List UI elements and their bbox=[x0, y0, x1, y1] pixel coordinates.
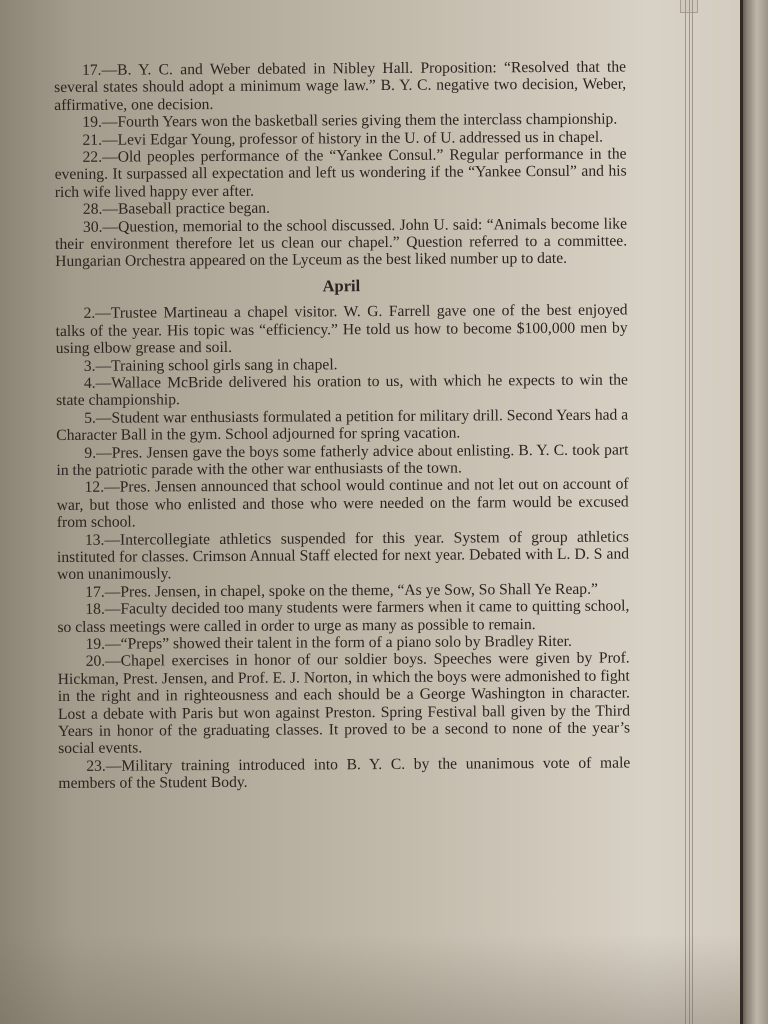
month-heading: April bbox=[55, 275, 627, 296]
book-page: 17.—B. Y. C. and Weber debated in Nibley… bbox=[0, 0, 740, 1024]
entry-march-30: 30.—Question, memorial to the school dis… bbox=[55, 215, 627, 271]
entry-april-5: 5.—Student war enthusiasts formulated a … bbox=[56, 406, 628, 444]
entry-april-9: 9.—Pres. Jensen gave the boys some fathe… bbox=[56, 441, 628, 479]
entry-april-20: 20.—Chapel exercises in honor of our sol… bbox=[58, 650, 631, 758]
entry-march-22: 22.—Old peoples performance of the “Yank… bbox=[55, 146, 627, 202]
margin-rule bbox=[685, 0, 686, 1024]
entry-april-18: 18.—Faculty decided too many students we… bbox=[57, 598, 629, 636]
entry-april-13: 13.—Intercollegiate athletics suspended … bbox=[57, 528, 629, 584]
margin-rule bbox=[692, 0, 693, 1024]
book-page-edge bbox=[740, 0, 768, 1024]
margin-rule bbox=[689, 0, 690, 1024]
entry-april-4: 4.—Wallace McBride delivered his oration… bbox=[56, 371, 628, 409]
entry-april-2: 2.—Trustee Martineau a chapel visitor. W… bbox=[55, 302, 627, 358]
entry-april-23: 23.—Military training introduced into B.… bbox=[58, 754, 630, 792]
entry-march-17: 17.—B. Y. C. and Weber debated in Nibley… bbox=[54, 59, 626, 115]
entry-april-12: 12.—Pres. Jensen announced that school w… bbox=[57, 476, 629, 532]
page-text: 17.—B. Y. C. and Weber debated in Nibley… bbox=[54, 59, 630, 793]
